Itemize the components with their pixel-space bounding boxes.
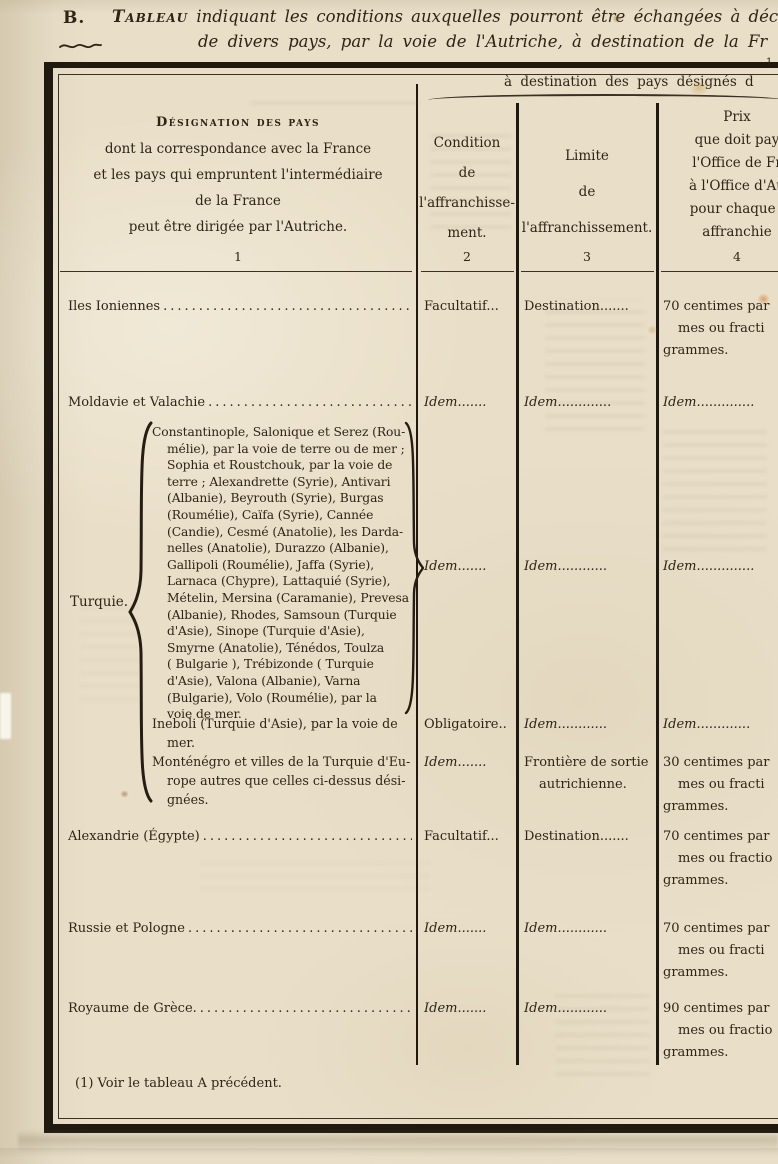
text-line: Idem.............. — [663, 556, 778, 578]
table-letter-label: B. — [63, 8, 85, 28]
text-line: Obligatoire.. — [424, 714, 514, 736]
turquie-principale-col2: Idem....... — [424, 556, 514, 578]
title-rest: indiquant les conditions auxquelles pour… — [188, 7, 778, 26]
iles-ioniennes-col4: 70 centimes parmes ou fractigrammes. — [663, 296, 778, 362]
turquie-principale-colt1: Constantinople, Salonique et Serez (Rou-… — [152, 424, 418, 723]
text-line: mes ou fractio — [663, 1020, 778, 1042]
text-line: 70 centimes par — [663, 826, 778, 848]
left-group-brace — [128, 421, 154, 803]
table-footnote: (1) Voir le tableau A précédent. — [75, 1076, 282, 1091]
moldavie-et-valachie-col4: Idem.............. — [663, 392, 778, 414]
column-divider-2 — [516, 103, 519, 1065]
text-line: mes ou fracti — [663, 940, 778, 962]
text-line: Idem.............. — [663, 392, 778, 414]
iles-ioniennes-col2: Facultatif... — [424, 296, 514, 318]
column-header-line: Condition — [419, 128, 515, 158]
header-underline-col2 — [421, 271, 514, 272]
text-line: Idem....... — [424, 556, 514, 578]
text-line: 90 centimes par — [663, 998, 778, 1020]
country-name: Moldavie et Valachie — [68, 392, 205, 414]
text-line: grammes. — [663, 340, 778, 362]
text-line: Idem....... — [424, 392, 514, 414]
column-number-2: 2 — [447, 249, 487, 264]
text-line: Mételin, Mersina (Caramanie), Prevesa — [152, 590, 418, 607]
text-line: Idem....... — [424, 752, 514, 774]
column-header-line: et les pays qui empruntent l'intermédiai… — [62, 162, 414, 188]
column-header-4: Prixque doit payl'Office de Frà l'Office… — [661, 106, 778, 244]
scan-edge-notch — [0, 693, 11, 739]
column-header-line: Limite — [519, 138, 655, 174]
text-line: 70 centimes par — [663, 918, 778, 940]
russie-et-pologne-col3: Idem............ — [524, 918, 652, 940]
alexandrie-egypte-col3: Destination....... — [524, 826, 652, 848]
moldavie-et-valachie-col3: Idem............. — [524, 392, 652, 414]
dotted-leader: ........................................… — [163, 296, 412, 318]
text-line: ( Bulgarie ), Trébizonde ( Turquie — [152, 656, 418, 673]
text-line: (Roumélie), Caïfa (Syrie), Cannée — [152, 507, 418, 524]
turquie-montenegro-col3: Frontière de sortieautrichienne. — [524, 752, 652, 796]
dotted-leader: ........................................… — [200, 998, 412, 1020]
royaume-de-grece-col1: Royaume de Grèce........................… — [68, 998, 412, 1020]
column-header-line: Désignation des pays — [62, 110, 414, 136]
text-line: (Albanie), Rhodes, Samsoun (Turquie — [152, 607, 418, 624]
russie-et-pologne-col2: Idem....... — [424, 918, 514, 940]
header-underline-col4 — [661, 271, 778, 272]
text-line: Constantinople, Salonique et Serez (Rou- — [152, 424, 418, 441]
text-line: Idem............. — [524, 392, 652, 414]
iles-ioniennes-col1: Iles Ioniennes..........................… — [68, 296, 412, 318]
text-line: mes ou fracti — [663, 774, 778, 796]
royaume-de-grece-col2: Idem....... — [424, 998, 514, 1020]
text-line: Monténégro et villes de la Turquie d'Eu- — [152, 752, 418, 771]
iles-ioniennes-col3: Destination....... — [524, 296, 652, 318]
text-line: 70 centimes par — [663, 296, 778, 318]
moldavie-et-valachie-col2: Idem....... — [424, 392, 514, 414]
text-line: grammes. — [663, 962, 778, 984]
column-number-1: 1 — [218, 249, 258, 264]
column-header-2: Conditiondel'affranchisse-ment. — [419, 128, 515, 248]
turquie-ineboli-col4: Idem............. — [663, 714, 778, 736]
text-line: terre ; Alexandrette (Syrie), Antivari — [152, 474, 418, 491]
column-header-line: de — [519, 174, 655, 210]
royaume-de-grece-col4: 90 centimes parmes ou fractiogrammes. — [663, 998, 778, 1064]
header-underline-col1 — [60, 271, 412, 272]
text-line: 30 centimes par — [663, 752, 778, 774]
text-line: grammes. — [663, 870, 778, 892]
column-header-line: dont la correspondance avec la France — [62, 136, 414, 162]
column-header-line: l'affranchisse- — [419, 188, 515, 218]
text-line: Idem............ — [524, 556, 652, 578]
text-line: mer. — [152, 733, 418, 752]
dotted-leader: ........................................… — [208, 392, 412, 414]
column-header-line: peut être dirigée par l'Autriche. — [62, 214, 414, 240]
text-line: (Candie), Cesmé (Anatolie), les Darda- — [152, 524, 418, 541]
text-line: Gallipoli (Roumélie), Jaffa (Syrie), — [152, 557, 418, 574]
country-name: Russie et Pologne — [68, 918, 185, 940]
text-line: Idem....... — [424, 998, 514, 1020]
turquie-ineboli-col3: Idem............ — [524, 714, 652, 736]
header-underline-col3 — [521, 271, 654, 272]
text-line: grammes. — [663, 796, 778, 818]
turquie-group-label: Turquie. — [70, 594, 128, 610]
text-line: d'Asie), Sinope (Turquie d'Asie), — [152, 623, 418, 640]
text-line: Smyrne (Anatolie), Ténédos, Toulza — [152, 640, 418, 657]
alexandrie-egypte-col1: Alexandrie (Égypte).....................… — [68, 826, 412, 848]
text-line: Sophia et Roustchouk, par la voie de — [152, 457, 418, 474]
column-header-line: ment. — [419, 218, 515, 248]
text-line: mes ou fractio — [663, 848, 778, 870]
scanned-page: B. Tableau indiquant les conditions auxq… — [0, 0, 778, 1164]
dotted-leader: ........................................… — [203, 826, 412, 848]
column-header-line: que doit pay — [661, 129, 778, 152]
table-subtitle: de divers pays, par la voie de l'Autrich… — [198, 32, 778, 51]
text-line: Idem............. — [663, 714, 778, 736]
country-name: Alexandrie (Égypte) — [68, 826, 200, 848]
turquie-ineboli-colt1: Ineboli (Turquie d'Asie), par la voie de… — [152, 714, 418, 752]
text-line: Destination....... — [524, 296, 652, 318]
text-line: Frontière de sortie — [524, 752, 652, 774]
country-name: Royaume de Grèce. — [68, 998, 197, 1020]
text-line: Idem............ — [524, 714, 652, 736]
text-line: d'Asie), Valona (Albanie), Varna — [152, 673, 418, 690]
text-line: gnées. — [152, 790, 418, 809]
text-line: autrichienne. — [524, 774, 652, 796]
alexandrie-egypte-col2: Facultatif... — [424, 826, 514, 848]
column-header-line: Prix — [661, 106, 778, 129]
footnote-reference-mark: 1. — [766, 57, 776, 68]
column-header-line: affranchie — [661, 221, 778, 244]
text-line: mélie), par la voie de terre ou de mer ; — [152, 441, 418, 458]
column-divider-3 — [656, 103, 659, 1065]
turquie-ineboli-col2: Obligatoire.. — [424, 714, 514, 736]
text-line: mes ou fracti — [663, 318, 778, 340]
moldavie-et-valachie-col1: Moldavie et Valachie....................… — [68, 392, 412, 414]
text-line: Idem............ — [524, 918, 652, 940]
text-line: Idem....... — [424, 918, 514, 940]
table-title: Tableau indiquant les conditions auxquel… — [112, 7, 778, 26]
column-header-line: à l'Office d'Au — [661, 175, 778, 198]
text-line: grammes. — [663, 1042, 778, 1064]
text-line: nelles (Anatolie), Durazzo (Albanie), — [152, 540, 418, 557]
turquie-montenegro-colt1: Monténégro et villes de la Turquie d'Eu-… — [152, 752, 418, 809]
text-line: (Albanie), Beyrouth (Syrie), Burgas — [152, 490, 418, 507]
alexandrie-egypte-col4: 70 centimes parmes ou fractiogrammes. — [663, 826, 778, 892]
column-header-line: l'affranchissement. — [519, 210, 655, 246]
column-header-line: de la France — [62, 188, 414, 214]
text-line: Destination....... — [524, 826, 652, 848]
page-edge-shadow — [0, 1148, 778, 1158]
right-group-brace — [404, 421, 424, 715]
text-line: Facultatif... — [424, 826, 514, 848]
russie-et-pologne-col4: 70 centimes parmes ou fractigrammes. — [663, 918, 778, 984]
spanning-column-header: à destination des pays désignés d — [504, 74, 778, 90]
column-header-3: Limitedel'affranchissement. — [519, 138, 655, 246]
turquie-montenegro-col4: 30 centimes parmes ou fractigrammes. — [663, 752, 778, 818]
russie-et-pologne-col1: Russie et Pologne.......................… — [68, 918, 412, 940]
spanning-header-rule — [428, 94, 778, 106]
royaume-de-grece-col3: Idem............ — [524, 998, 652, 1020]
text-line: Facultatif... — [424, 296, 514, 318]
text-line: (Bulgarie), Volo (Roumélie), par la — [152, 690, 418, 707]
column-header-line: pour chaque l — [661, 198, 778, 221]
turquie-montenegro-col2: Idem....... — [424, 752, 514, 774]
text-line: Larnaca (Chypre), Lattaquié (Syrie), — [152, 573, 418, 590]
column-number-3: 3 — [567, 249, 607, 264]
title-word-tableau: Tableau — [112, 7, 188, 26]
column-header-1: Désignation des paysdont la correspondan… — [62, 110, 414, 240]
dotted-leader: ........................................… — [188, 918, 412, 940]
flourish-squiggle — [58, 36, 102, 55]
turquie-principale-col4: Idem.............. — [663, 556, 778, 578]
column-header-line: l'Office de Fr — [661, 152, 778, 175]
turquie-principale-col3: Idem............ — [524, 556, 652, 578]
text-line: Ineboli (Turquie d'Asie), par la voie de — [152, 714, 418, 733]
text-line: Idem............ — [524, 998, 652, 1020]
text-line: rope autres que celles ci-dessus dési- — [152, 771, 418, 790]
column-header-line: de — [419, 158, 515, 188]
column-number-4: 4 — [717, 249, 757, 264]
country-name: Iles Ioniennes — [68, 296, 160, 318]
